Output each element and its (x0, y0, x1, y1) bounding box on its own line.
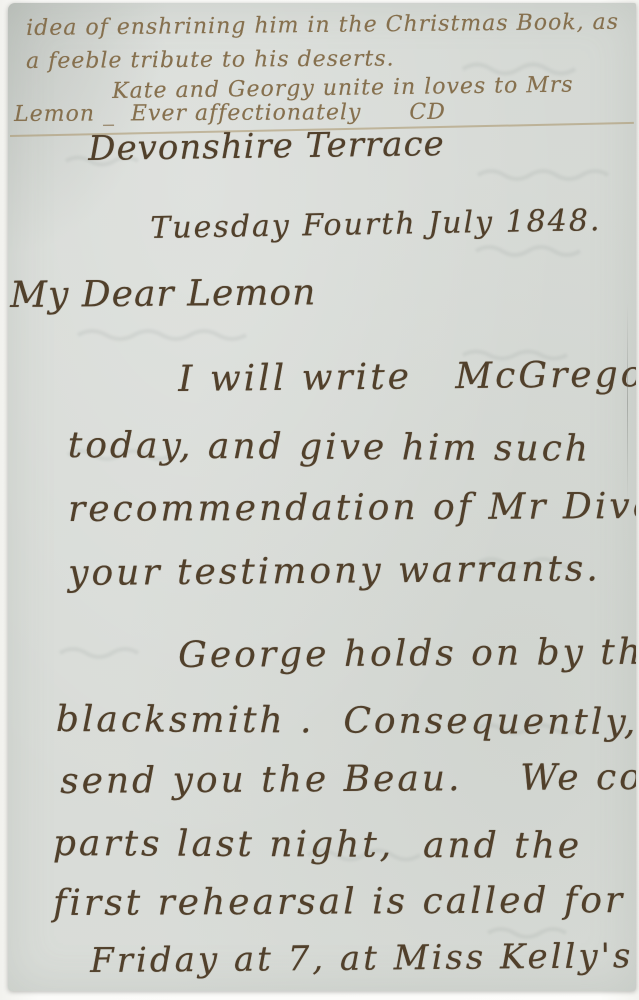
body-line: first rehearsal is called for (53, 880, 625, 924)
salutation: My Dear Lemon (10, 272, 316, 316)
body-line: today, and give him such (68, 425, 591, 470)
paper-crease (627, 303, 628, 503)
body-line: I will write McGregor (178, 354, 636, 400)
date-line: Tuesday Fourth July 1848. (150, 203, 602, 246)
body-line: Friday at 7, at Miss Kelly's. (90, 936, 636, 981)
body-line: recommendation of Mr Dives as (68, 485, 636, 530)
letter-page: idea of enshrining him in the Christmas … (8, 3, 636, 991)
address-heading: Devonshire Terrace (88, 124, 445, 169)
postscript-line: a feeble tribute to his deserts. (26, 46, 395, 74)
body-line: send you the Beau. We compared (60, 756, 636, 802)
scan-background: idea of enshrining him in the Christmas … (0, 0, 639, 1000)
body-line: George holds on by the (178, 632, 636, 676)
postscript-line: idea of enshrining him in the Christmas … (26, 10, 619, 41)
postscript-line-signoff: Lemon _ Ever affectionately CD (14, 100, 446, 127)
body-line: parts last night, and the (53, 823, 583, 867)
body-line: blacksmith . Consequently, I (56, 699, 636, 743)
body-line: your testimony warrants. (68, 548, 601, 594)
